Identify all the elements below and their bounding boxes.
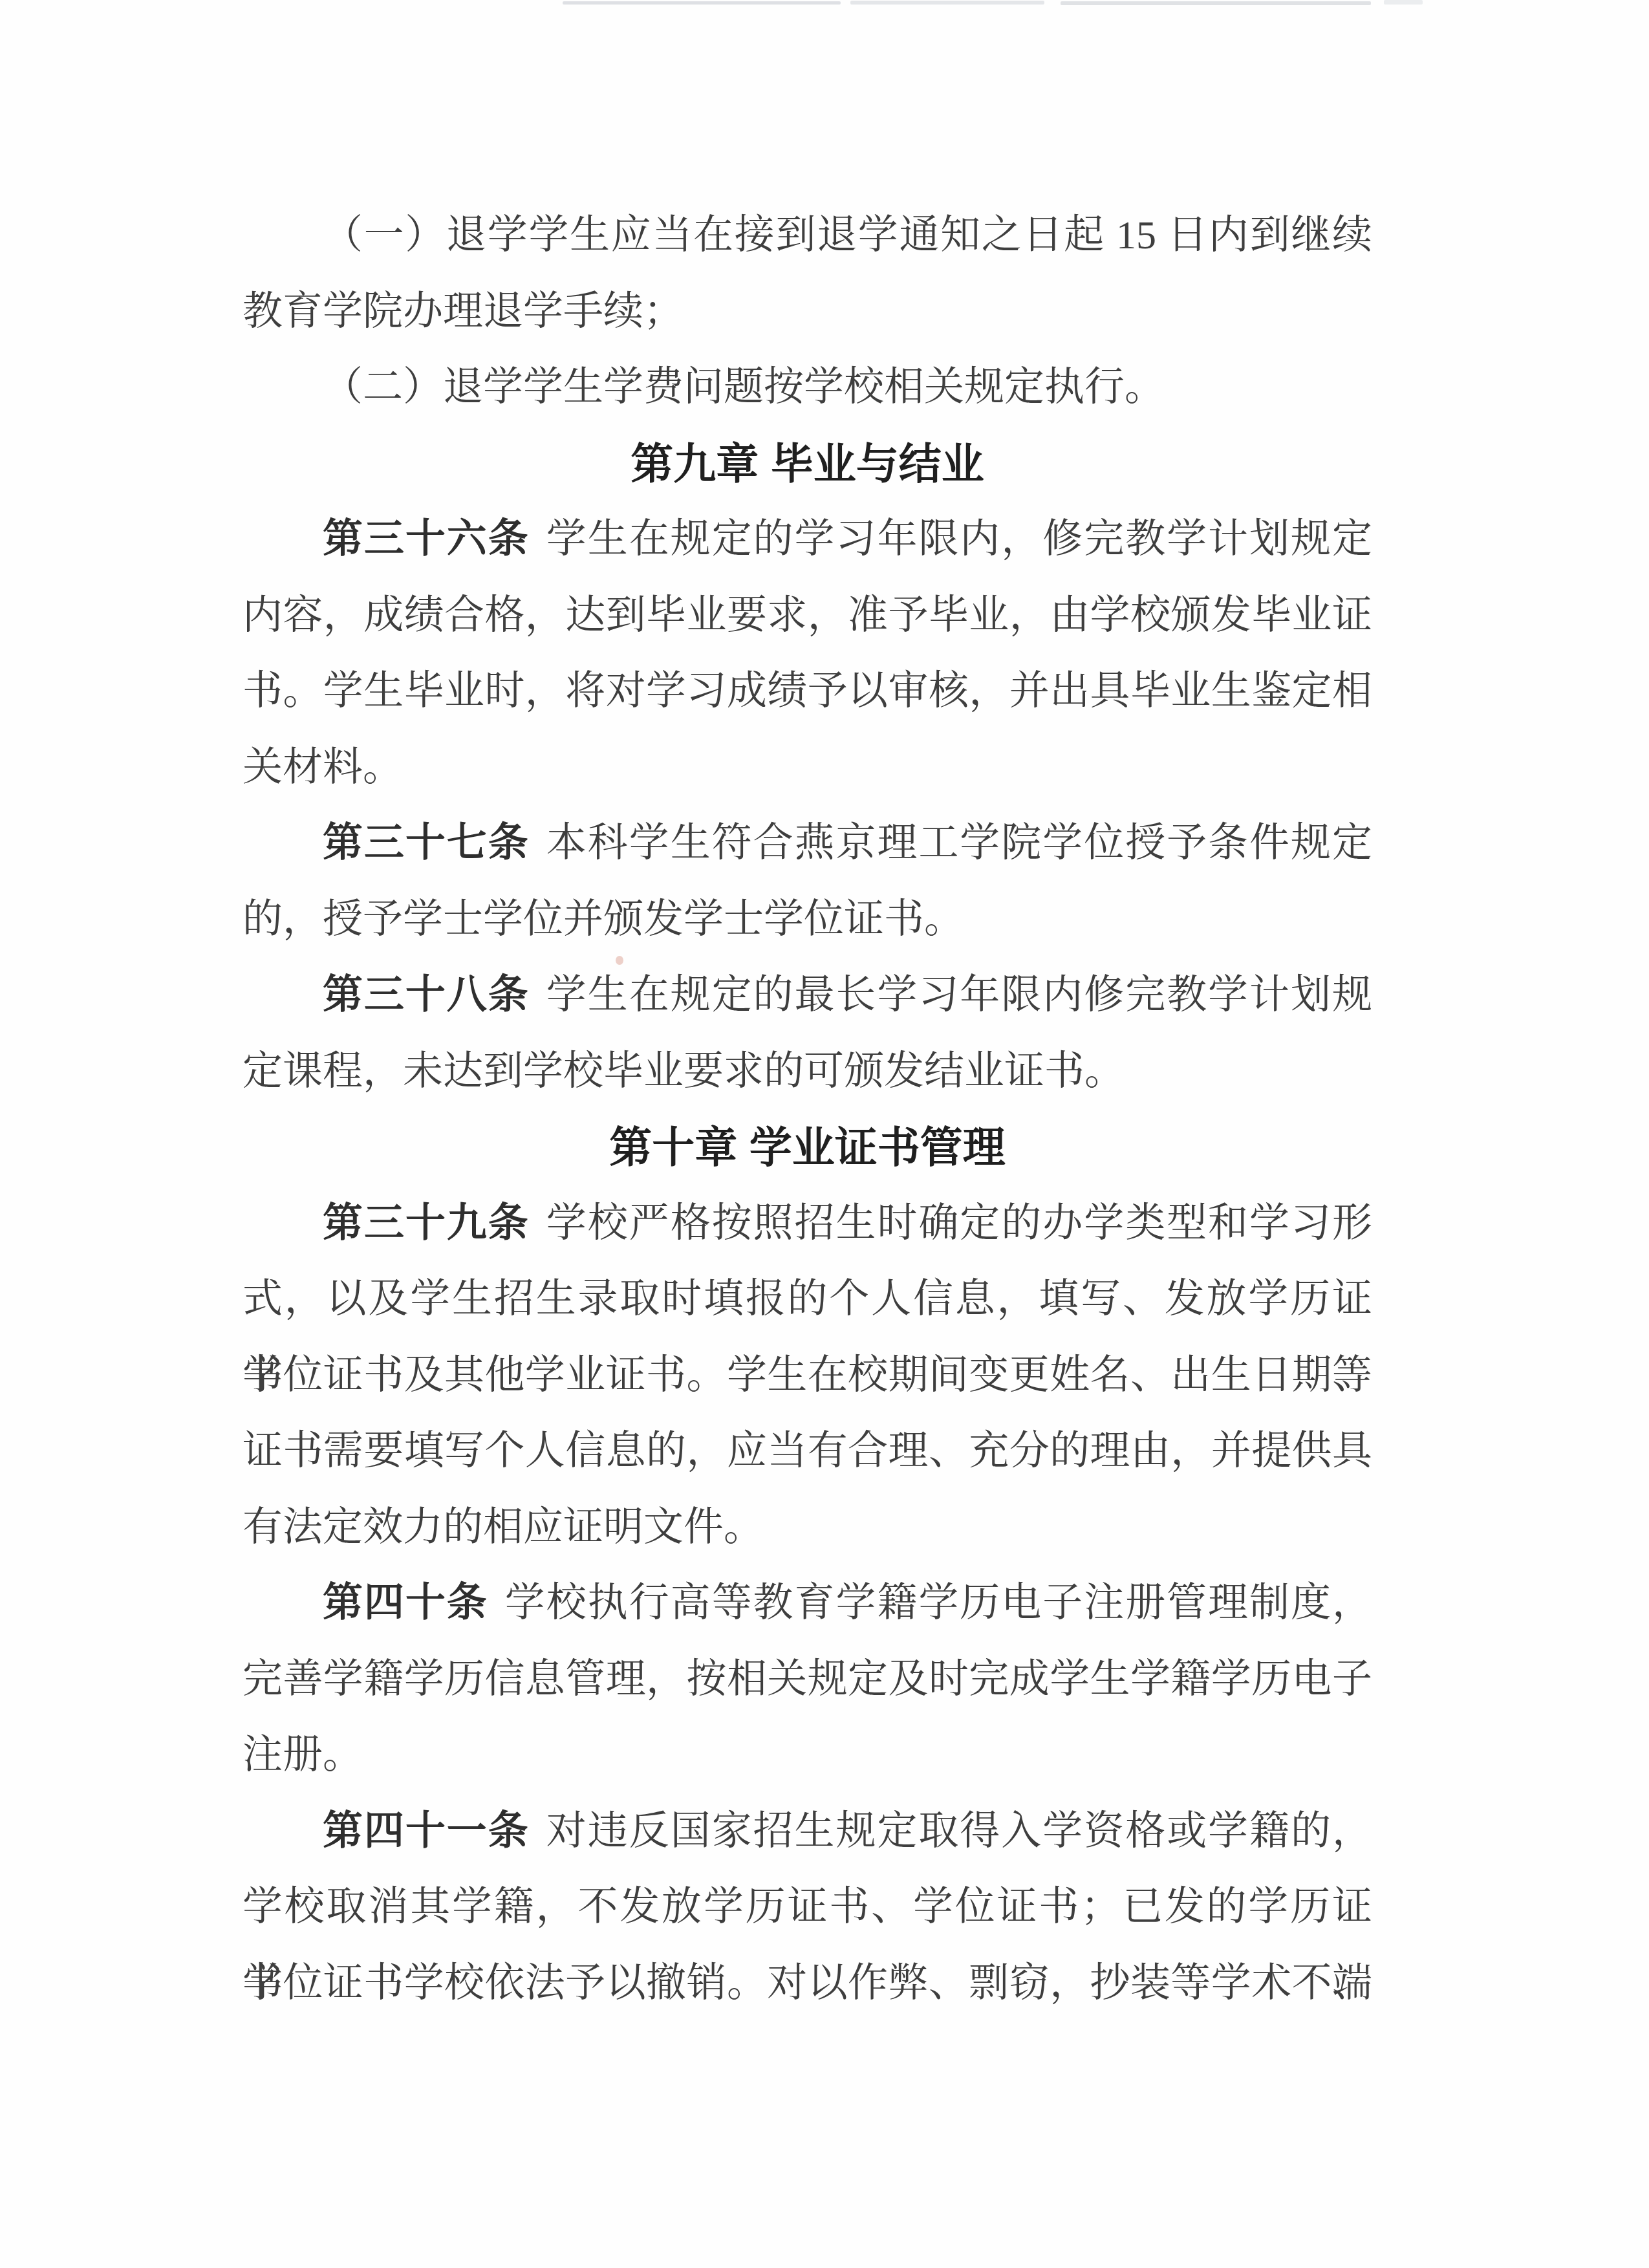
article-number-label: 第三十八条 bbox=[323, 973, 530, 1017]
text-line: 书。学生毕业时，将对学习成绩予以审核，并出具毕业生鉴定相 bbox=[242, 654, 1372, 730]
text-line: 第三十八条学生在规定的最长学习年限内修完教学计划规 bbox=[242, 958, 1372, 1034]
article-text: 学生在规定的学习年限内，修完教学计划规定 bbox=[546, 517, 1372, 561]
text-line: 内容，成绩合格，达到毕业要求，准予毕业，由学校颁发毕业证 bbox=[242, 578, 1372, 654]
text-line: 学位证书及其他学业证书。学生在校期间变更姓名、出生日期等 bbox=[242, 1338, 1372, 1414]
chapter-heading: 第十章 学业证书管理 bbox=[242, 1110, 1372, 1186]
article-number-label: 第三十七条 bbox=[323, 821, 530, 865]
article-number-label: 第四十条 bbox=[323, 1581, 488, 1625]
scan-edge-artifact-segment bbox=[563, 1, 841, 5]
text-line: 定课程，未达到学校毕业要求的可颁发结业证书。 bbox=[242, 1034, 1372, 1110]
article-text: 对违反国家招生规定取得入学资格或学籍的， bbox=[546, 1809, 1372, 1853]
text-line: 注册。 bbox=[242, 1718, 1372, 1794]
text-line: 第三十六条学生在规定的学习年限内，修完教学计划规定 bbox=[242, 502, 1372, 578]
scan-edge-artifact-segment bbox=[850, 1, 1044, 5]
article-text: 学生在规定的最长学习年限内修完教学计划规 bbox=[546, 973, 1372, 1017]
scan-edge-artifact bbox=[0, 0, 1649, 6]
article-text: 本科学生符合燕京理工学院学位授予条件规定 bbox=[546, 821, 1372, 865]
text-line: 有法定效力的相应证明文件。 bbox=[242, 1490, 1372, 1566]
text-line: 学位证书学校依法予以撤销。对以作弊、剽窃，抄装等学术不端 bbox=[242, 1946, 1372, 2022]
text-line: （二）退学学生学费问题按学校相关规定执行。 bbox=[242, 350, 1372, 426]
article-number-label: 第三十九条 bbox=[323, 1202, 530, 1246]
text-line: 第四十条学校执行高等教育学籍学历电子注册管理制度， bbox=[242, 1566, 1372, 1642]
text-line: 学校取消其学籍，不发放学历证书、学位证书；已发的学历证书、 bbox=[242, 1870, 1372, 1946]
article-text: 学校执行高等教育学籍学历电子注册管理制度， bbox=[505, 1581, 1372, 1625]
text-line: 关材料。 bbox=[242, 730, 1372, 806]
text-line: （一）退学学生应当在接到退学通知之日起 15 日内到继续 bbox=[242, 198, 1372, 274]
text-line: 第三十七条本科学生符合燕京理工学院学位授予条件规定 bbox=[242, 806, 1372, 882]
article-text: 学校严格按照招生时确定的办学类型和学习形 bbox=[546, 1202, 1372, 1246]
text-line: 完善学籍学历信息管理，按相关规定及时完成学生学籍学历电子 bbox=[242, 1642, 1372, 1718]
scanned-document-page: （一）退学学生应当在接到退学通知之日起 15 日内到继续教育学院办理退学手续；（… bbox=[0, 0, 1649, 2268]
text-line: 式，以及学生招生录取时填报的个人信息，填写、发放学历证书、 bbox=[242, 1262, 1372, 1338]
text-line: 证书需要填写个人信息的，应当有合理、充分的理由，并提供具 bbox=[242, 1414, 1372, 1490]
text-line: 第四十一条对违反国家招生规定取得入学资格或学籍的， bbox=[242, 1794, 1372, 1870]
article-number-label: 第四十一条 bbox=[323, 1809, 530, 1853]
text-line: 教育学院办理退学手续； bbox=[242, 274, 1372, 351]
document-text-block: （一）退学学生应当在接到退学通知之日起 15 日内到继续教育学院办理退学手续；（… bbox=[242, 198, 1372, 2022]
text-line: 的，授予学士学位并颁发学士学位证书。 bbox=[242, 882, 1372, 958]
scan-edge-artifact-segment bbox=[1061, 1, 1371, 5]
chapter-heading: 第九章 毕业与结业 bbox=[242, 426, 1372, 502]
article-number-label: 第三十六条 bbox=[323, 517, 530, 561]
text-line: 第三十九条学校严格按照招生时确定的办学类型和学习形 bbox=[242, 1186, 1372, 1262]
scan-edge-artifact-segment bbox=[1384, 0, 1423, 5]
